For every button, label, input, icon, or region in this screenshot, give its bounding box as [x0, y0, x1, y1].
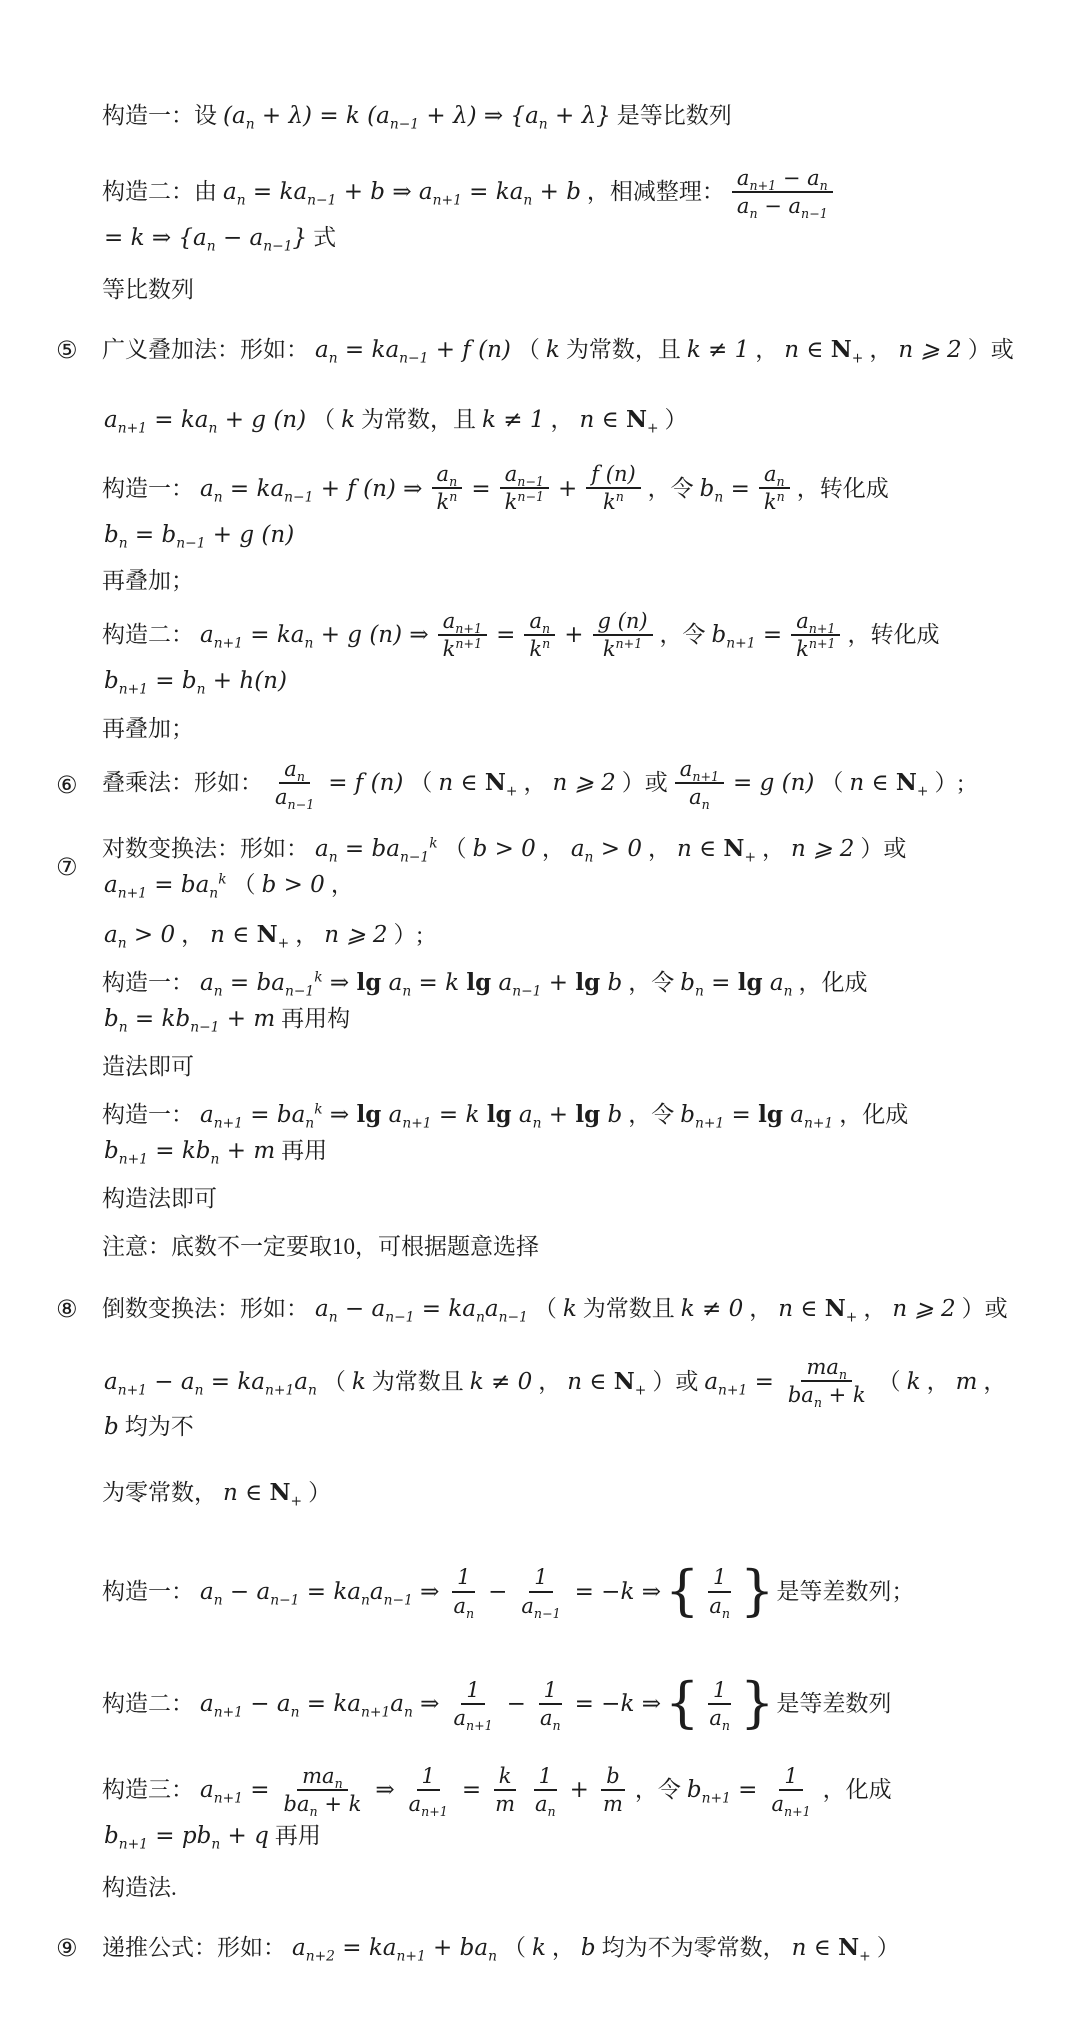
text-run: （	[312, 407, 335, 432]
fraction: ankn	[524, 609, 555, 661]
text-run: ，令	[660, 622, 706, 647]
text-run: 构造二：	[102, 622, 194, 647]
text-run: 再用构	[281, 1006, 350, 1031]
text-run: 递推公式：形如：	[102, 1935, 286, 1960]
math-run: b	[581, 1935, 596, 1961]
text-line: 等比数列	[0, 272, 1020, 308]
fraction: 1an	[704, 1565, 735, 1617]
math-run: n ⩾ 2	[324, 922, 387, 948]
text-run: 均为不为零常数，	[602, 1935, 786, 1960]
math-run: +	[564, 622, 583, 648]
text-line: 构造二：an+1 − an = kan+1an ⇒1an+1−1an= −k ⇒…	[0, 1680, 1020, 1732]
math-run: an+1 = bank	[104, 872, 227, 898]
text-run: ，	[869, 337, 892, 362]
text-run: 构造二：由	[102, 179, 217, 204]
text-run: ）;	[394, 922, 423, 947]
text-run: ，	[983, 1369, 1006, 1394]
text-run: 为常数，且	[361, 407, 476, 432]
math-run: bn+1 = pbn + q	[104, 1823, 269, 1849]
text-run: ）或	[968, 337, 1014, 362]
math-run: ⇒	[375, 1777, 394, 1803]
text-run: ）或	[652, 1369, 698, 1394]
fraction: 1an+1	[404, 1764, 453, 1816]
text-run: 是等差数列	[776, 1691, 891, 1716]
text-run: 为常数且	[372, 1369, 464, 1394]
math-run: n ⩾ 2	[898, 337, 961, 363]
math-run: k	[907, 1369, 921, 1395]
text-line: 构造一：an+1 = bank ⇒ lg an+1 = k lg an + lg…	[0, 1097, 1020, 1169]
math-run: an+2 = kan+1 + ban	[292, 1935, 497, 1961]
math-run: bn = kbn−1 + m	[104, 1006, 275, 1032]
math-run: bn = lg an	[680, 970, 792, 996]
text-run: ，令	[628, 1102, 674, 1127]
text-run: ，	[295, 922, 318, 947]
text-run: ，	[331, 872, 354, 897]
item-number-marker: ⑧	[56, 1291, 78, 1327]
text-line: 构造一：设(an + λ) = k (an−1 + λ) ⇒ {an + λ}是…	[0, 98, 1020, 134]
text-line: ⑦对数变换法：形如：an = ban−1k（b > 0，an > 0，n ∈ N…	[0, 831, 1020, 903]
math-run: n ∈ N+	[778, 1296, 857, 1322]
text-run: ）或	[962, 1296, 1008, 1321]
math-run: k	[546, 337, 560, 363]
math-run: n ∈ N+	[677, 836, 756, 862]
text-run: 是等比数列	[617, 103, 732, 128]
math-run: k	[341, 407, 355, 433]
item-number-marker: ⑦	[56, 849, 78, 885]
math-run: n ∈ N+	[784, 337, 863, 363]
text-run: ，转化成	[848, 622, 940, 647]
math-run: bn+1 =	[687, 1777, 758, 1803]
text-run: 再用	[275, 1823, 321, 1848]
math-run: n ⩾ 2	[892, 1296, 955, 1322]
text-line: 再叠加；	[0, 563, 1020, 599]
text-line: ⑧倒数变换法：形如：an − an−1 = kanan−1（k为常数且k ≠ 0…	[0, 1291, 1020, 1327]
fraction: an+1an	[675, 757, 724, 809]
fraction: an+1kn+1	[438, 609, 487, 661]
text-run: ，	[552, 1935, 575, 1960]
text-run: 广义叠加法：形如：	[102, 337, 309, 362]
text-line: 构造三：an+1 =manban + k⇒1an+1=km1an+bm，令bn+…	[0, 1766, 1020, 1854]
text-run: 对数变换法：形如：	[102, 836, 309, 861]
math-run: n ∈ N+	[210, 922, 289, 948]
math-run: bn+1 =	[712, 622, 783, 648]
text-line: an > 0，n ∈ N+，n ⩾ 2）;	[0, 917, 1020, 953]
math-run: b	[104, 1414, 119, 1440]
text-run: ，	[863, 1296, 886, 1321]
text-run: 再用	[281, 1138, 327, 1163]
math-run: n ∈ N+	[579, 407, 658, 433]
math-run: k ≠ 0	[470, 1369, 532, 1395]
text-run: （	[503, 1935, 526, 1960]
text-run: ，	[181, 922, 204, 947]
text-run: 构造一：	[102, 970, 194, 995]
fraction: km	[490, 1764, 520, 1816]
text-run: ，	[648, 836, 671, 861]
math-run: an+1 = bank ⇒ lg an+1 = k lg an + lg b	[200, 1102, 622, 1128]
math-run: −	[507, 1691, 526, 1717]
math-run: an+1 = kan + g (n)	[104, 407, 306, 433]
item-number-marker: ⑨	[56, 1930, 78, 1966]
math-run: n ∈ N+	[438, 770, 517, 796]
text-line: 构造一：an − an−1 = kanan−1 ⇒1an−1an−1= −k ⇒…	[0, 1567, 1020, 1619]
text-run: ，令	[635, 1777, 681, 1802]
math-run: = −k ⇒	[575, 1691, 661, 1717]
math-run: (an + λ) = k (an−1 + λ) ⇒ {an + λ}	[223, 103, 611, 129]
math-run: an = ban−1k ⇒ lg an = k lg an−1 + lg b	[200, 970, 622, 996]
text-run: ，相减整理：	[587, 179, 725, 204]
text-run: ）;	[934, 770, 963, 795]
math-run: = k ⇒ {an − an−1}	[104, 225, 307, 251]
fraction: 1an+1	[766, 1764, 815, 1816]
fraction: an−1kn−1	[500, 462, 549, 514]
math-run: =	[496, 622, 515, 648]
fraction: 1an	[704, 1678, 735, 1730]
text-line: 构造二：an+1 = kan + g (n) ⇒an+1kn+1=ankn+g …	[0, 611, 1020, 699]
text-line: ⑤广义叠加法：形如：an = kan−1 + f (n)（k为常数，且k ≠ 1…	[0, 332, 1020, 368]
math-run: = −k ⇒	[575, 1579, 661, 1605]
text-run: ，转化成	[797, 476, 889, 501]
text-run: ，	[523, 770, 546, 795]
fraction: an+1kn+1	[791, 609, 840, 661]
text-run: 造法即可	[102, 1054, 194, 1079]
math-run: bn+1 = lg an+1	[680, 1102, 833, 1128]
text-run: 构造法.	[102, 1875, 177, 1900]
text-run: 再叠加；	[102, 568, 194, 593]
text-run: 是等差数列；	[776, 1579, 914, 1604]
math-run: an = kan−1 + b ⇒ an+1 = kan + b	[223, 179, 581, 205]
text-line: 构造一：an = kan−1 + f (n) ⇒ankn=an−1kn−1+f …	[0, 464, 1020, 552]
fraction: ankn	[759, 462, 790, 514]
item-number-marker: ⑥	[56, 767, 78, 803]
text-run: 构造法即可	[102, 1186, 217, 1211]
fraction: ankn	[431, 462, 462, 514]
text-run: ，	[538, 1369, 561, 1394]
math-run: n ⩾ 2	[791, 836, 854, 862]
math-run: an+1 − an = kan+1an	[104, 1369, 317, 1395]
text-run: 均为不	[125, 1414, 194, 1439]
document-body: 构造一：设(an + λ) = k (an−1 + λ) ⇒ {an + λ}是…	[0, 98, 1020, 1966]
text-run: 构造二：	[102, 1691, 194, 1716]
text-run: 构造一：设	[102, 103, 217, 128]
document-page: 构造一：设(an + λ) = k (an−1 + λ) ⇒ {an + λ}是…	[0, 0, 1080, 2026]
math-run: b > 0	[262, 872, 325, 898]
text-run: ，	[550, 407, 573, 432]
text-run: （	[323, 1369, 346, 1394]
math-run: an − an−1 = kanan−1	[315, 1296, 528, 1322]
text-run: ，	[762, 836, 785, 861]
text-line: an+1 − an = kan+1an（k为常数且k ≠ 0，n ∈ N+）或a…	[0, 1357, 1020, 1445]
text-line: 构造一：an = ban−1k ⇒ lg an = k lg an−1 + lg…	[0, 965, 1020, 1037]
text-run: （	[444, 836, 467, 861]
text-run: 注意：底数不一定要取10，可根据题意选择	[102, 1234, 539, 1259]
fraction: anan−1	[270, 757, 319, 809]
math-run: an+1 =	[704, 1369, 774, 1395]
math-run: −	[488, 1579, 507, 1605]
math-run: k ≠ 0	[681, 1296, 743, 1322]
math-run: bn+1 = bn + h(n)	[104, 668, 287, 694]
text-run: ，令	[648, 476, 694, 501]
math-run: k ≠ 1	[482, 407, 544, 433]
fraction: bm	[598, 1764, 628, 1816]
fraction: manban + k	[279, 1764, 367, 1816]
text-run: （	[233, 872, 256, 897]
math-run: an+1 =	[200, 1777, 270, 1803]
text-run: ）或	[860, 836, 906, 861]
text-run: 倒数变换法：形如：	[102, 1296, 309, 1321]
text-line: an+1 = kan + g (n)（k为常数，且k ≠ 1，n ∈ N+）	[0, 402, 1020, 438]
text-run: 构造一：	[102, 1579, 194, 1604]
fraction: f (n)kn	[586, 462, 640, 514]
text-line: ⑥叠乘法：形如：anan−1= f (n)（n ∈ N+，n ⩾ 2）或an+1…	[0, 759, 1020, 811]
text-line: 构造二：由an = kan−1 + b ⇒ an+1 = kan + b，相减整…	[0, 168, 1020, 256]
text-run: ，	[749, 1296, 772, 1321]
text-line: 再叠加；	[0, 711, 1020, 747]
text-run: ，令	[628, 970, 674, 995]
math-run: n ∈ N+	[792, 1935, 871, 1961]
math-run: an = kan−1 + f (n) ⇒	[200, 476, 422, 502]
text-run: 为常数，且	[566, 337, 681, 362]
math-run: = g (n)	[733, 770, 814, 796]
math-run: m	[956, 1369, 978, 1395]
text-run: ，	[755, 337, 778, 362]
text-run: 构造三：	[102, 1777, 194, 1802]
text-run: 构造一：	[102, 476, 194, 501]
fraction: manban + k	[783, 1355, 871, 1407]
math-run: k ≠ 1	[687, 337, 749, 363]
fraction: 1an	[448, 1565, 479, 1617]
text-run: ，化成	[799, 970, 868, 995]
fraction: 1an+1	[448, 1678, 497, 1730]
text-run: ，	[927, 1369, 950, 1394]
text-run: ，化成	[839, 1102, 908, 1127]
text-run: ）	[665, 407, 688, 432]
text-run: ）	[308, 1480, 331, 1505]
math-run: n ⩾ 2	[552, 770, 615, 796]
text-run: 再叠加；	[102, 716, 194, 741]
math-run: +	[570, 1777, 589, 1803]
fraction: 1an−1	[516, 1565, 565, 1617]
math-run: +	[558, 476, 577, 502]
text-run: （	[517, 337, 540, 362]
math-run: an+1 − an = kan+1an ⇒	[200, 1691, 439, 1717]
math-run: bn =	[700, 476, 750, 502]
text-run: 构造一：	[102, 1102, 194, 1127]
math-run: k	[563, 1296, 577, 1322]
text-run: （	[820, 770, 843, 795]
text-line: 构造法即可	[0, 1181, 1020, 1217]
math-run: an − an−1 = kanan−1 ⇒	[200, 1579, 439, 1605]
text-run: ）	[877, 1935, 900, 1960]
math-run: an > 0	[571, 836, 642, 862]
math-run: k	[352, 1369, 366, 1395]
text-line: 为零常数，n ∈ N+）	[0, 1475, 1020, 1511]
fraction: 1an	[535, 1678, 566, 1730]
math-run: k	[532, 1935, 546, 1961]
text-line: 注意：底数不一定要取10，可根据题意选择	[0, 1229, 1020, 1265]
math-run: =	[471, 476, 490, 502]
text-run: ，化成	[823, 1777, 892, 1802]
text-run: （	[534, 1296, 557, 1321]
math-run: n ∈ N+	[567, 1369, 646, 1395]
item-number-marker: ⑤	[56, 332, 78, 368]
fraction: g (n)kn+1	[593, 609, 653, 661]
text-run: ）或	[622, 770, 668, 795]
text-run: （	[409, 770, 432, 795]
math-run: an > 0	[104, 922, 175, 948]
math-run: n ∈ N+	[223, 1480, 302, 1506]
fraction: an+1 − anan − an−1	[732, 166, 833, 218]
text-run: 为常数且	[583, 1296, 675, 1321]
math-run: an = kan−1 + f (n)	[315, 337, 511, 363]
text-run: ，	[542, 836, 565, 861]
text-run: 等比数列	[102, 277, 194, 302]
math-run: b > 0	[473, 836, 536, 862]
math-run: bn+1 = kbn + m	[104, 1138, 275, 1164]
text-line: 造法即可	[0, 1049, 1020, 1085]
text-run: 叠乘法：形如：	[102, 770, 263, 795]
math-run: =	[462, 1777, 481, 1803]
fraction: 1an	[530, 1764, 561, 1816]
text-line: ⑨递推公式：形如：an+2 = kan+1 + ban（k，b均为不为零常数，n…	[0, 1930, 1020, 1966]
math-run: = f (n)	[328, 770, 403, 796]
math-run: an+1 = kan + g (n) ⇒	[200, 622, 429, 648]
math-run: an = ban−1k	[315, 836, 438, 862]
text-run: （	[878, 1369, 901, 1394]
text-run: 式	[313, 225, 336, 250]
math-run: bn = bn−1 + g (n)	[104, 522, 294, 548]
math-run: n ∈ N+	[849, 770, 928, 796]
text-line: 构造法.	[0, 1870, 1020, 1906]
text-run: 为零常数，	[102, 1480, 217, 1505]
